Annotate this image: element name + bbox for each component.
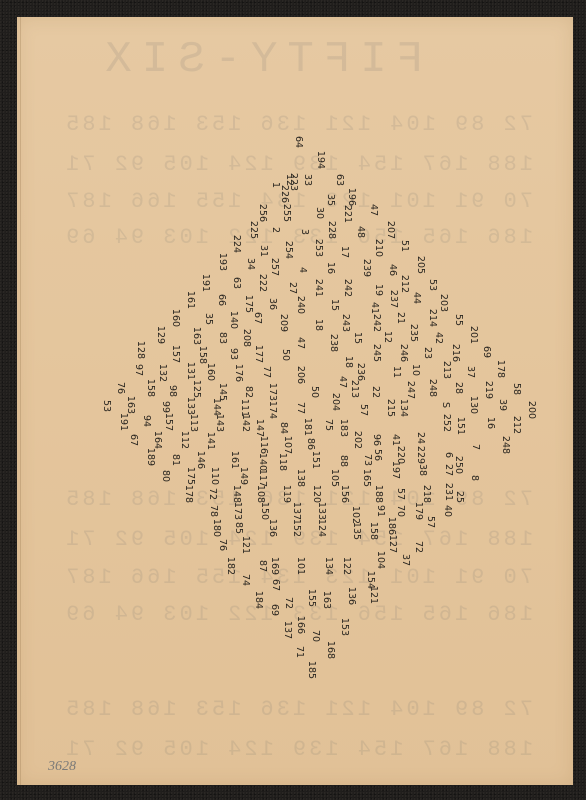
handwritten-number: 163 <box>125 396 135 414</box>
handwritten-number: 18 <box>343 356 353 368</box>
handwritten-number: 248 <box>500 436 510 454</box>
handwritten-number: 243 <box>340 314 350 332</box>
handwritten-number: 184 <box>253 591 263 609</box>
handwritten-number: 6 <box>443 452 453 458</box>
handwritten-number: 91 <box>375 505 385 517</box>
handwritten-number: 222 <box>257 274 267 292</box>
handwritten-number: 136 <box>267 519 277 537</box>
handwritten-number: 56 <box>372 449 382 461</box>
handwritten-number: 186 <box>386 517 396 535</box>
handwritten-number: 67 <box>128 434 138 446</box>
handwritten-number: 1 <box>270 182 280 188</box>
handwritten-number: 63 <box>334 174 344 186</box>
handwritten-number: 152 <box>291 519 301 537</box>
handwritten-number: 181 <box>302 418 312 436</box>
handwritten-number: 155 <box>306 589 316 607</box>
handwritten-number: 16 <box>485 417 495 429</box>
handwritten-number: 75 <box>323 419 333 431</box>
handwritten-number: 175 <box>185 467 195 485</box>
handwritten-number: 231 <box>443 483 453 501</box>
handwritten-number: 237 <box>388 290 398 308</box>
handwritten-number: 157 <box>163 413 173 431</box>
handwritten-number: 149 <box>238 467 248 485</box>
handwritten-number: 179 <box>413 502 423 520</box>
handwritten-number: 177 <box>253 345 263 363</box>
handwritten-number: 16 <box>325 262 335 274</box>
handwritten-number: 28 <box>453 382 463 394</box>
handwritten-number: 156 <box>339 485 349 503</box>
handwritten-number: 160 <box>170 309 180 327</box>
handwritten-number: 39 <box>497 399 507 411</box>
handwritten-number: 120 <box>311 485 321 503</box>
handwritten-number: 158 <box>368 522 378 540</box>
handwritten-number: 69 <box>481 346 491 358</box>
handwritten-number: 77 <box>295 402 305 414</box>
handwritten-number: 127 <box>387 535 397 553</box>
handwritten-number: 121 <box>368 586 378 604</box>
handwritten-number: 47 <box>337 376 347 388</box>
handwritten-number: 97 <box>133 364 143 376</box>
handwritten-number: 46 <box>387 264 397 276</box>
handwritten-number: 252 <box>441 414 451 432</box>
handwritten-number: 47 <box>368 204 378 216</box>
handwritten-number: 188 <box>373 485 383 503</box>
handwritten-number: 105 <box>329 469 339 487</box>
handwritten-number: 12 <box>382 331 392 343</box>
handwritten-number: 138 <box>295 469 305 487</box>
handwritten-number: 67 <box>270 579 280 591</box>
handwritten-number: 124 <box>316 519 326 537</box>
handwritten-number: 41 <box>390 434 400 446</box>
handwritten-number: 241 <box>313 279 323 297</box>
handwritten-number: 133 <box>185 397 195 415</box>
handwritten-number: 42 <box>433 332 443 344</box>
handwritten-number: 47 <box>295 337 305 349</box>
handwritten-number: 219 <box>483 381 493 399</box>
handwritten-number: 108 <box>255 485 265 503</box>
handwritten-number: 130 <box>468 396 478 414</box>
handwritten-number: 11 <box>391 366 401 378</box>
handwritten-number: 200 <box>526 401 536 419</box>
handwritten-number: 128 <box>135 341 145 359</box>
handwritten-number: 246 <box>398 344 408 362</box>
handwritten-number: 131 <box>185 362 195 380</box>
handwritten-number: 163 <box>321 591 331 609</box>
handwritten-number: 175 <box>243 295 253 313</box>
handwritten-number: 239 <box>361 259 371 277</box>
handwritten-number: 137 <box>282 621 292 639</box>
handwritten-number: 94 <box>141 415 151 427</box>
handwritten-number: 121 <box>240 536 250 554</box>
handwritten-number: 136 <box>346 587 356 605</box>
handwritten-number: 72 <box>413 541 423 553</box>
handwritten-number: 228 <box>326 221 336 239</box>
handwritten-number: 218 <box>421 485 431 503</box>
number-diamond: 6419433632231235196226130221472562552284… <box>0 0 586 800</box>
handwritten-number: 122 <box>341 557 351 575</box>
handwritten-number: 66 <box>216 294 226 306</box>
handwritten-number: 73 <box>362 454 372 466</box>
handwritten-number: 69 <box>269 604 279 616</box>
handwritten-number: 245 <box>371 344 381 362</box>
handwritten-number: 214 <box>427 309 437 327</box>
handwritten-number: 164 <box>152 431 162 449</box>
handwritten-number: 147 <box>254 419 264 437</box>
handwritten-number: 224 <box>231 235 241 253</box>
handwritten-number: 141 <box>205 432 215 450</box>
handwritten-number: 191 <box>200 274 210 292</box>
handwritten-number: 44 <box>411 292 421 304</box>
handwritten-number: 64 <box>293 136 303 148</box>
handwritten-number: 53 <box>101 400 111 412</box>
handwritten-number: 160 <box>205 363 215 381</box>
handwritten-number: 166 <box>295 616 305 634</box>
handwritten-number: 178 <box>183 485 193 503</box>
handwritten-number: 242 <box>342 279 352 297</box>
handwritten-number: 207 <box>385 221 395 239</box>
handwritten-number: 242 <box>371 314 381 332</box>
handwritten-number: 2 <box>270 227 280 233</box>
handwritten-number: 70 <box>395 505 405 517</box>
handwritten-number: 216 <box>450 344 460 362</box>
handwritten-number: 7 <box>470 444 480 450</box>
handwritten-number: 173 <box>267 383 277 401</box>
handwritten-number: 185 <box>306 661 316 679</box>
handwritten-number: 132 <box>157 364 167 382</box>
handwritten-number: 201 <box>468 326 478 344</box>
handwritten-number: 174 <box>267 401 277 419</box>
handwritten-number: 35 <box>325 194 335 206</box>
handwritten-number: 40 <box>442 505 452 517</box>
handwritten-number: 212 <box>511 416 521 434</box>
handwritten-number: 112 <box>179 431 189 449</box>
handwritten-number: 118 <box>277 453 287 471</box>
handwritten-number: 247 <box>405 381 415 399</box>
handwritten-number: 58 <box>511 383 521 395</box>
handwritten-number: 221 <box>342 205 352 223</box>
handwritten-number: 248 <box>427 379 437 397</box>
handwritten-number: 48 <box>355 226 365 238</box>
handwritten-number: 50 <box>280 349 290 361</box>
handwritten-number: 67 <box>252 312 262 324</box>
handwritten-number: 194 <box>315 151 325 169</box>
handwritten-number: 255 <box>281 204 291 222</box>
handwritten-number: 24 <box>415 432 425 444</box>
handwritten-number: 51 <box>399 240 409 252</box>
handwritten-number: 50 <box>309 386 319 398</box>
handwritten-number: 21 <box>395 312 405 324</box>
handwritten-number: 81 <box>170 454 180 466</box>
handwritten-number: 10 <box>410 364 420 376</box>
handwritten-number: 158 <box>197 346 207 364</box>
handwritten-number: 78 <box>208 505 218 517</box>
handwritten-number: 37 <box>400 554 410 566</box>
handwritten-number: 191 <box>118 413 128 431</box>
handwritten-number: 57 <box>395 488 405 500</box>
handwritten-number: 82 <box>243 386 253 398</box>
handwritten-number: 213 <box>441 361 451 379</box>
handwritten-number: 80 <box>160 470 170 482</box>
handwritten-number: 202 <box>352 431 362 449</box>
handwritten-number: 33 <box>302 174 312 186</box>
handwritten-number: 36 <box>267 298 277 310</box>
handwritten-number: 93 <box>228 348 238 360</box>
handwritten-number: 151 <box>455 417 465 435</box>
handwritten-number: 254 <box>283 241 293 259</box>
handwritten-number: 72 <box>207 488 217 500</box>
handwritten-number: 163 <box>191 327 201 345</box>
handwritten-number: 101 <box>295 557 305 575</box>
handwritten-number: 148 <box>231 485 241 503</box>
handwritten-number: 27 <box>287 282 297 294</box>
handwritten-number: 55 <box>453 314 463 326</box>
handwritten-number: 203 <box>438 294 448 312</box>
handwritten-number: 229 <box>415 446 425 464</box>
handwritten-number: 129 <box>155 326 165 344</box>
handwritten-number: 180 <box>211 519 221 537</box>
handwritten-number: 4 <box>297 267 307 273</box>
handwritten-number: 31 <box>258 245 268 257</box>
handwritten-number: 182 <box>225 557 235 575</box>
handwritten-number: 85 <box>233 522 243 534</box>
handwritten-number: 257 <box>269 258 279 276</box>
handwritten-number: 173 <box>232 502 242 520</box>
handwritten-number: 176 <box>233 364 243 382</box>
handwritten-number: 63 <box>231 277 241 289</box>
handwritten-number: 209 <box>278 314 288 332</box>
handwritten-number: 38 <box>417 464 427 476</box>
handwritten-number: 236 <box>355 363 365 381</box>
handwritten-number: 256 <box>257 204 267 222</box>
handwritten-number: 30 <box>314 207 324 219</box>
handwritten-number: 71 <box>294 646 304 658</box>
handwritten-number: 37 <box>465 366 475 378</box>
handwritten-number: 212 <box>399 275 409 293</box>
handwritten-number: 205 <box>415 256 425 274</box>
handwritten-number: 189 <box>145 448 155 466</box>
handwritten-number: 27 <box>443 464 453 476</box>
handwritten-number: 53 <box>427 279 437 291</box>
handwritten-number: 104 <box>375 551 385 569</box>
handwritten-number: 196 <box>346 188 356 206</box>
handwritten-number: 135 <box>351 522 361 540</box>
handwritten-number: 87 <box>257 560 267 572</box>
handwritten-number: 161 <box>185 291 195 309</box>
handwritten-number: 137 <box>291 502 301 520</box>
handwritten-number: 96 <box>371 434 381 446</box>
handwritten-number: 158 <box>145 379 155 397</box>
handwritten-number: 76 <box>217 539 227 551</box>
handwritten-number: 3 <box>299 229 309 235</box>
handwritten-number: 57 <box>358 404 368 416</box>
handwritten-number: 215 <box>385 399 395 417</box>
handwritten-number: 133 <box>316 502 326 520</box>
handwritten-number: 17 <box>339 246 349 258</box>
handwritten-number: 57 <box>425 516 435 528</box>
handwritten-number: S <box>440 402 450 408</box>
handwritten-number: 146 <box>195 451 205 469</box>
handwritten-number: 84 <box>278 422 288 434</box>
handwritten-number: 15 <box>329 299 339 311</box>
handwritten-number: 34 <box>245 258 255 270</box>
handwritten-number: 143 <box>214 414 224 432</box>
handwritten-number: 206 <box>295 366 305 384</box>
handwritten-number: 197 <box>390 461 400 479</box>
handwritten-number: 250 <box>453 456 463 474</box>
handwritten-number: 142 <box>240 414 250 432</box>
handwritten-number: 19 <box>373 284 383 296</box>
handwritten-number: 76 <box>115 382 125 394</box>
handwritten-number: 98 <box>167 385 177 397</box>
handwritten-number: 8 <box>469 475 479 481</box>
handwritten-number: 165 <box>361 469 371 487</box>
handwritten-number: 35 <box>203 313 213 325</box>
handwritten-number: 178 <box>495 360 505 378</box>
handwritten-number: 204 <box>330 393 340 411</box>
handwritten-number: 240 <box>295 296 305 314</box>
handwritten-number: 116 <box>258 436 268 454</box>
handwritten-number: 153 <box>339 618 349 636</box>
handwritten-number: 83 <box>217 332 227 344</box>
handwritten-number: 86 <box>305 438 315 450</box>
handwritten-number: 213 <box>349 380 359 398</box>
handwritten-number: 150 <box>259 502 269 520</box>
handwritten-number: 193 <box>217 253 227 271</box>
handwritten-number: 77 <box>261 366 271 378</box>
handwritten-number: 15 <box>352 332 362 344</box>
handwritten-number: 119 <box>281 485 291 503</box>
handwritten-number: 140 <box>228 311 238 329</box>
handwritten-number: 110 <box>209 467 219 485</box>
handwritten-number: 25 <box>454 491 464 503</box>
handwritten-number: 225 <box>248 221 258 239</box>
handwritten-number: 235 <box>408 324 418 342</box>
handwritten-number: 168 <box>325 641 335 659</box>
handwritten-number: 18 <box>313 319 323 331</box>
handwritten-number: 183 <box>338 419 348 437</box>
handwritten-number: 169 <box>269 557 279 575</box>
handwritten-number: 88 <box>338 455 348 467</box>
handwritten-number: 238 <box>328 334 338 352</box>
handwritten-number: 70 <box>310 630 320 642</box>
handwritten-number: 22 <box>370 386 380 398</box>
handwritten-number: 208 <box>241 329 251 347</box>
handwritten-number: 107 <box>282 436 292 454</box>
handwritten-number: 253 <box>313 239 323 257</box>
handwritten-number: 134 <box>398 399 408 417</box>
handwritten-number: 157 <box>170 345 180 363</box>
handwritten-number: 151 <box>310 451 320 469</box>
handwritten-number: 74 <box>240 574 250 586</box>
handwritten-number: 41 <box>369 302 379 314</box>
handwritten-number: 134 <box>323 557 333 575</box>
handwritten-number: 99 <box>160 401 170 413</box>
handwritten-number: 72 <box>283 597 293 609</box>
handwritten-number: 210 <box>373 239 383 257</box>
handwritten-number: 113 <box>188 414 198 432</box>
handwritten-number: 125 <box>191 380 201 398</box>
handwritten-number: 23 <box>422 347 432 359</box>
